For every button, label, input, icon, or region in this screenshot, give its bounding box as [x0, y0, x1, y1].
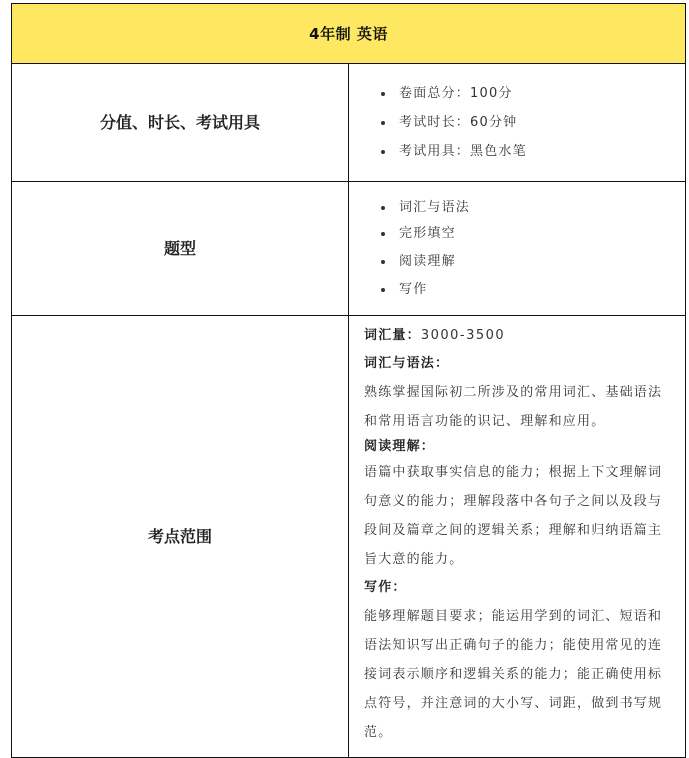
list-item-duration: 考试时长：60分钟 — [381, 108, 671, 137]
section-text-writing: 能够理解题目要求；能运用学到的词汇、短语和语法知识写出正确句子的能力；能使用常见… — [364, 602, 671, 698]
row-content-score: 卷面总分：100分 考试时长：60分钟 考试用具：黑色水笔 — [349, 64, 686, 182]
scope-body: 词汇量：3000-3500 词汇与语法： 熟练掌握国际初二所涉及的常用词汇、基础… — [364, 316, 671, 698]
section-heading-vocab-grammar: 词汇与语法： — [364, 350, 671, 378]
row-question-types: 题型 词汇与语法 完形填空 阅读理解 写作 — [12, 182, 686, 316]
list-item-tools: 考试用具：黑色水笔 — [381, 137, 671, 166]
section-heading-writing: 写作： — [364, 574, 671, 602]
section-text-vocab-grammar: 熟练掌握国际初二所涉及的常用词汇、基础语法和常用语言功能的识记、理解和应用。 — [364, 378, 671, 436]
types-list: 词汇与语法 完形填空 阅读理解 写作 — [364, 195, 671, 303]
row-score-duration-tools: 分值、时长、考试用具 卷面总分：100分 考试时长：60分钟 考试用具：黑色水笔 — [12, 64, 686, 182]
row-exam-scope: 考点范围 词汇量：3000-3500 词汇与语法： 熟练掌握国际初二所涉及的常用… — [12, 316, 686, 699]
vocab-size: 词汇量：3000-3500 — [364, 322, 671, 350]
row-label-types: 题型 — [12, 182, 349, 316]
vocab-size-label: 词汇量： — [364, 328, 421, 343]
list-item-writing: 写作 — [381, 277, 671, 303]
table-title: 4年制 英语 — [12, 4, 686, 64]
row-content-scope: 词汇量：3000-3500 词汇与语法： 熟练掌握国际初二所涉及的常用词汇、基础… — [349, 316, 686, 699]
row-content-types: 词汇与语法 完形填空 阅读理解 写作 — [349, 182, 686, 316]
exam-info-table: 4年制 英语 分值、时长、考试用具 卷面总分：100分 考试时长：60分钟 考试… — [11, 3, 686, 698]
list-item-cloze: 完形填空 — [381, 221, 671, 247]
vocab-size-value: 3000-3500 — [421, 328, 505, 343]
score-list: 卷面总分：100分 考试时长：60分钟 考试用具：黑色水笔 — [364, 79, 671, 166]
section-text-reading: 语篇中获取事实信息的能力；根据上下文理解词句意义的能力；理解段落中各句子之间以及… — [364, 458, 671, 574]
row-label-scope: 考点范围 — [12, 316, 349, 699]
header-row: 4年制 英语 — [12, 4, 686, 64]
list-item-reading: 阅读理解 — [381, 249, 671, 275]
row-label-score: 分值、时长、考试用具 — [12, 64, 349, 182]
list-item-vocab-grammar: 词汇与语法 — [381, 195, 671, 221]
section-heading-reading: 阅读理解： — [364, 436, 671, 458]
list-item-total-score: 卷面总分：100分 — [381, 79, 671, 108]
